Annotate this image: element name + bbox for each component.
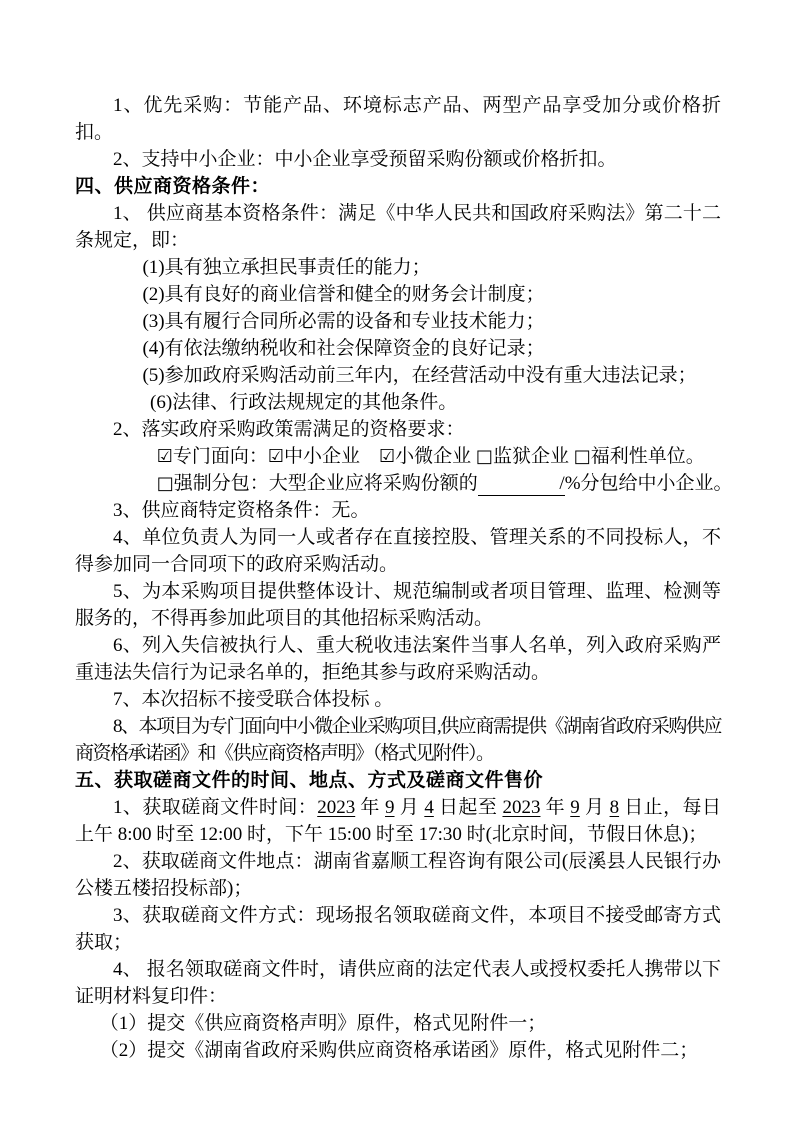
text-run: 福利性单位。	[591, 446, 705, 467]
underlined-date-value: 4	[424, 797, 434, 818]
paragraph: 6、列入失信被执行人、重大税收违法案件当事人名单，列入政府采购严重违法失信行为记…	[75, 632, 721, 686]
text-run: 8、本项目为专门面向中小微企业采购项目,供应商需提供《湖南省政府采购供应商资格承…	[75, 716, 721, 764]
text-run: 年	[355, 797, 385, 818]
paragraph: (5)参加政府采购活动前三年内，在经营活动中没有重大违法记录；	[75, 362, 721, 389]
text-run: 7、本次招标不接受联合体投标 。	[113, 689, 393, 710]
text-run: 年	[540, 797, 570, 818]
paragraph: 1、优先采购：节能产品、环境标志产品、两型产品享受加分或价格折扣。	[75, 92, 721, 146]
underlined-date-value: 8	[610, 797, 620, 818]
text-run: (3)具有履行合同所必需的设备和专业技术能力；	[142, 311, 544, 332]
text-run: （1）提交《供应商资格声明》原件，格式见附件一；	[100, 1013, 547, 1034]
text-run: 强制分包：大型企业应将采购份额的	[174, 473, 478, 494]
text-run: 中小企业	[284, 446, 360, 467]
text-run: (6)法律、行政法规规定的其他条件。	[150, 392, 457, 413]
checkbox-checked-icon: ☑	[379, 446, 395, 467]
paragraph: 4、单位负责人为同一人或者存在直接控股、管理关系的不同投标人，不得参加同一合同项…	[75, 524, 721, 578]
text-run	[360, 446, 379, 467]
text-run: 小微企业	[395, 446, 476, 467]
checkbox-unchecked-icon: □	[157, 473, 174, 494]
text-run: （2）提交《湖南省政府采购供应商资格承诺函》原件，格式见附件二；	[100, 1040, 699, 1061]
text-run: 专门面向：	[173, 446, 268, 467]
paragraph: □强制分包：大型企业应将采购份额的/%分包给中小企业。	[75, 470, 721, 497]
underlined-date-value: 9	[385, 797, 395, 818]
text-run: 四、供应商资格条件：	[75, 175, 270, 197]
text-run: 6、列入失信被执行人、重大税收违法案件当事人名单，列入政府采购严重违法失信行为记…	[75, 635, 721, 683]
paragraph: (1)具有独立承担民事责任的能力；	[75, 254, 721, 281]
paragraph: 2、支持中小企业：中小企业享受预留采购份额或价格折扣。	[75, 146, 721, 173]
checkbox-checked-icon: ☑	[268, 446, 284, 467]
text-run: 监狱企业	[493, 446, 574, 467]
paragraph: 7、本次招标不接受联合体投标 。	[75, 686, 721, 713]
text-run: %分包给中小企业。	[565, 473, 733, 494]
fill-in-blank: /	[478, 473, 565, 496]
paragraph: 1、 供应商基本资格条件：满足《中华人民共和国政府采购法》第二十二条规定，即：	[75, 200, 721, 254]
text-run: (1)具有独立承担民事责任的能力；	[142, 257, 430, 278]
paragraph: 1、获取磋商文件时间：2023 年 9 月 4 日起至 2023 年 9 月 8…	[75, 794, 721, 848]
text-run: 月	[580, 797, 610, 818]
paragraph: (4)有依法缴纳税收和社会保障资金的良好记录；	[75, 335, 721, 362]
checkbox-unchecked-icon: □	[476, 446, 493, 467]
paragraph: 5、为本采购项目提供整体设计、规范编制或者项目管理、监理、检测等服务的，不得再参…	[75, 578, 721, 632]
text-run: 5、为本采购项目提供整体设计、规范编制或者项目管理、监理、检测等服务的，不得再参…	[75, 581, 721, 629]
section-heading: 五、获取磋商文件的时间、地点、方式及磋商文件售价	[75, 767, 721, 794]
text-run: 3、供应商特定资格条件：无。	[113, 500, 370, 521]
checkbox-checked-icon: ☑	[157, 446, 173, 467]
paragraph: (3)具有履行合同所必需的设备和专业技术能力；	[75, 308, 721, 335]
paragraph: 2、落实政府采购政策需满足的资格要求：	[75, 416, 721, 443]
checkbox-unchecked-icon: □	[574, 446, 591, 467]
paragraph: 3、供应商特定资格条件：无。	[75, 497, 721, 524]
text-run: 1、 供应商基本资格条件：满足《中华人民共和国政府采购法》第二十二条规定，即：	[75, 203, 721, 251]
underlined-date-value: 9	[570, 797, 580, 818]
paragraph: (6)法律、行政法规规定的其他条件。	[75, 389, 721, 416]
paragraph: ☑专门面向：☑中小企业 ☑小微企业 □监狱企业 □福利性单位。	[75, 443, 721, 470]
paragraph: 3、获取磋商文件方式：现场报名领取磋商文件，本项目不接受邮寄方式获取；	[75, 902, 721, 956]
text-run: 1、获取磋商文件时间：	[113, 797, 317, 818]
text-run: 日起至	[434, 797, 503, 818]
paragraph: 4、 报名领取磋商文件时，请供应商的法定代表人或授权委托人携带以下证明材料复印件…	[75, 956, 721, 1010]
text-run: (5)参加政府采购活动前三年内，在经营活动中没有重大违法记录；	[142, 365, 696, 386]
text-run: 2、获取磋商文件地点：湖南省嘉顺工程咨询有限公司(辰溪县人民银行办公楼五楼招投标…	[75, 851, 721, 899]
text-run: 2、支持中小企业：中小企业享受预留采购份额或价格折扣。	[113, 149, 617, 170]
underlined-date-value: 2023	[317, 797, 355, 818]
section-heading: 四、供应商资格条件：	[75, 173, 721, 200]
text-run: 4、单位负责人为同一人或者存在直接控股、管理关系的不同投标人，不得参加同一合同项…	[75, 527, 721, 575]
text-run: (4)有依法缴纳税收和社会保障资金的良好记录；	[142, 338, 544, 359]
text-run: (2)具有良好的商业信誉和健全的财务会计制度；	[142, 284, 544, 305]
paragraph: 2、获取磋商文件地点：湖南省嘉顺工程咨询有限公司(辰溪县人民银行办公楼五楼招投标…	[75, 848, 721, 902]
underlined-date-value: 2023	[502, 797, 540, 818]
text-run: 2、落实政府采购政策需满足的资格要求：	[113, 419, 465, 440]
text-run: 1、优先采购：节能产品、环境标志产品、两型产品享受加分或价格折扣。	[75, 95, 721, 143]
text-run: 五、获取磋商文件的时间、地点、方式及磋商文件售价	[75, 769, 543, 791]
text-run: 3、获取磋商文件方式：现场报名领取磋商文件，本项目不接受邮寄方式获取；	[75, 905, 721, 953]
text-run: 4、 报名领取磋商文件时，请供应商的法定代表人或授权委托人携带以下证明材料复印件…	[75, 959, 721, 1007]
text-run: 月	[395, 797, 425, 818]
paragraph: (2)具有良好的商业信誉和健全的财务会计制度；	[75, 281, 721, 308]
paragraph: 8、本项目为专门面向中小微企业采购项目,供应商需提供《湖南省政府采购供应商资格承…	[75, 713, 721, 767]
paragraph: （1）提交《供应商资格声明》原件，格式见附件一；	[75, 1010, 721, 1037]
document-page: 1、优先采购：节能产品、环境标志产品、两型产品享受加分或价格折扣。2、支持中小企…	[0, 0, 793, 1122]
paragraph: （2）提交《湖南省政府采购供应商资格承诺函》原件，格式见附件二；	[75, 1037, 721, 1064]
